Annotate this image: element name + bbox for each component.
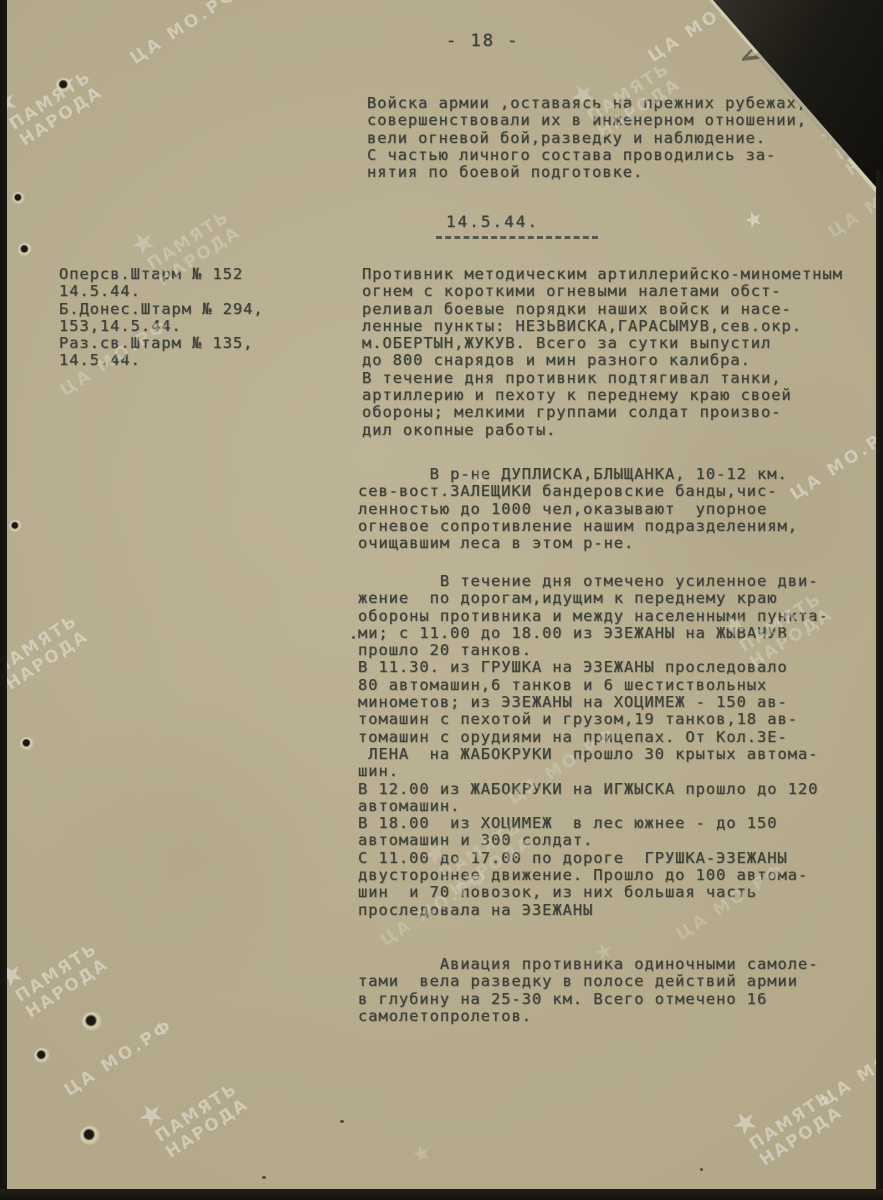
paper-speck bbox=[340, 1120, 344, 1123]
watermark-pamyat-naroda: ★ПАМЯТЬ НАРОДА bbox=[0, 589, 92, 694]
wormhole bbox=[34, 1048, 50, 1063]
star-icon: ★ bbox=[739, 198, 768, 237]
watermark-tsamo: ЦА МО.РФ bbox=[127, 0, 244, 69]
margin-source-notes: Оперсв.Штарм № 152 14.5.44. Б.Донес.Штар… bbox=[59, 266, 264, 370]
star-icon: ★ bbox=[133, 1057, 232, 1134]
paper-speck bbox=[262, 1176, 266, 1179]
scan-edge-right bbox=[876, 170, 883, 1200]
paper-stain bbox=[40, 700, 340, 1000]
watermark-pamyat-naroda: ★ПАМЯТЬ НАРОДА bbox=[0, 45, 106, 150]
paper-speck bbox=[352, 636, 355, 639]
watermark-tsamo: ЦА МО.РФ bbox=[61, 1015, 178, 1100]
wormhole bbox=[82, 1012, 102, 1031]
watermark-pamyat-naroda: ★ПАМЯТЬ НАРОДА bbox=[0, 917, 112, 1022]
movement-paragraph: В течение дня отмечено усиленное дви- же… bbox=[358, 573, 829, 919]
star-icon: ★ bbox=[407, 1132, 436, 1171]
wormhole bbox=[80, 1126, 100, 1145]
scan-edge-left bbox=[0, 0, 7, 1200]
document-scan-page: - 18 - Войска армии ,оставаясь на прежни… bbox=[0, 0, 883, 1200]
page-number: - 18 - bbox=[446, 33, 519, 50]
intro-paragraph: Войска армии ,оставаясь на прежних рубеж… bbox=[367, 95, 807, 181]
date-heading-underline bbox=[436, 224, 598, 239]
bandits-paragraph: В р-не ДУПЛИСКА,БЛЫЩАНКА, 10-12 км. сев-… bbox=[358, 466, 798, 552]
scan-edge-bottom bbox=[0, 1189, 883, 1200]
wormhole bbox=[12, 192, 25, 204]
watermark-tsamo: ЦА МО.РФ bbox=[817, 1025, 883, 1110]
wormhole bbox=[56, 78, 72, 92]
star-icon: ★ bbox=[0, 45, 86, 122]
wormhole bbox=[18, 243, 32, 256]
star-icon: ★ bbox=[727, 1065, 826, 1142]
watermark-pamyat-naroda: ★ПАМЯТЬ НАРОДА bbox=[138, 1057, 252, 1162]
star-icon: ★ bbox=[0, 917, 92, 994]
enemy-fire-paragraph: Противник методическим артиллерийско-мин… bbox=[362, 266, 843, 439]
aviation-paragraph: Авиация противника одиночными самоле- та… bbox=[358, 956, 818, 1025]
star-icon: ★ bbox=[0, 589, 72, 666]
star-icon: ★ bbox=[125, 185, 224, 262]
wormhole bbox=[20, 737, 34, 750]
paper-speck bbox=[700, 1168, 703, 1171]
wormhole bbox=[9, 520, 22, 532]
watermark-pamyat-naroda: ★ПАМЯТЬ НАРОДА bbox=[732, 1065, 846, 1170]
